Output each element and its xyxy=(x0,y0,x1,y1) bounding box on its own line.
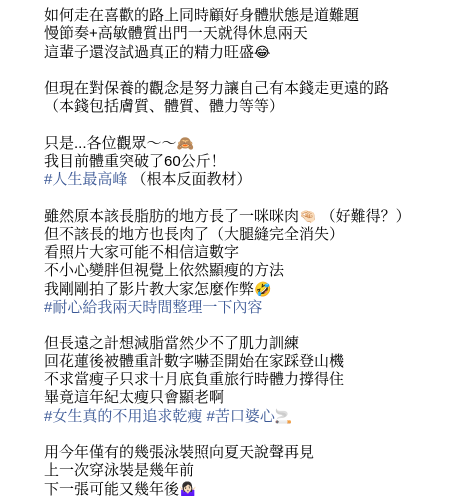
post-line: 上一次穿泳裝是幾年前 xyxy=(44,462,445,480)
post-line: 下一張可能又幾年後🤷🏻‍♀️ xyxy=(44,480,445,496)
post-line: 這輩子還沒試過真正的精力旺盛😂 xyxy=(44,43,445,62)
post-paragraph: 如何走在喜歡的路上同時顧好身體狀態是道難題慢節奏+高敏體質出門一天就得休息兩天這… xyxy=(44,7,445,62)
see-no-evil-monkey-emoji: 🙈 xyxy=(177,135,194,151)
post-line: 不小心變胖但視覺上依然顯瘦的方法 xyxy=(44,262,445,280)
text-segment: （根本反面教材） xyxy=(127,171,251,188)
text-segment: 上一次穿泳裝是幾年前 xyxy=(44,462,194,479)
hashtag-link[interactable]: #苦口婆心 xyxy=(207,408,275,425)
post-line: 雖然原本該長脂肪的地方長了一咪咪肉🤏🏻 （好難得？） xyxy=(44,207,445,226)
post-paragraph: 但長遠之計想減脂當然少不了肌力訓練回花蓮後被體重計數字嚇歪開始在家踩登山機不求當… xyxy=(44,335,445,426)
text-segment: 不小心變胖但視覺上依然顯瘦的方法 xyxy=(44,262,284,279)
text-segment: 我目前體重突破了60公斤！ xyxy=(44,153,226,170)
post-line: 不求當瘦子只求十月底負重旅行時體力撐得住 xyxy=(44,371,445,389)
text-segment: 但長遠之計想減脂當然少不了肌力訓練 xyxy=(44,335,299,352)
post-line: 如何走在喜歡的路上同時顧好身體狀態是道難題 xyxy=(44,7,445,25)
post-line: 但現在對保養的觀念是努力讓自己有本錢走更遠的路 xyxy=(44,80,445,98)
woman-shrugging-emoji: 🤷🏻‍♀️ xyxy=(179,481,196,496)
post-text: 如何走在喜歡的路上同時顧好身體狀態是道難題慢節奏+高敏體質出門一天就得休息兩天這… xyxy=(0,0,453,496)
hashtag-link[interactable]: #人生最高峰 xyxy=(44,171,127,188)
text-segment: 不求當瘦子只求十月底負重旅行時體力撐得住 xyxy=(44,371,344,388)
text-segment: 看照片大家可能不相信這數字 xyxy=(44,244,239,261)
post-line: 回花蓮後被體重計數字嚇歪開始在家踩登山機 xyxy=(44,353,445,371)
post: 如何走在喜歡的路上同時顧好身體狀態是道難題慢節奏+高敏體質出門一天就得休息兩天這… xyxy=(0,0,453,496)
pinching-hand-emoji: 🤏🏻 xyxy=(299,208,316,224)
hashtag-link[interactable]: #耐心給我兩天時間整理一下內容 xyxy=(44,299,262,316)
text-segment: 下一張可能又幾年後 xyxy=(44,481,179,496)
post-line: 但長遠之計想減脂當然少不了肌力訓練 xyxy=(44,335,445,353)
text-segment: 畢竟這年紀太瘦只會顯老啊 xyxy=(44,389,224,406)
post-line: #人生最高峰 （根本反面教材） xyxy=(44,171,445,189)
text-segment: 我剛剛拍了影片教大家怎麼作弊 xyxy=(44,281,254,298)
rolling-on-the-floor-laughing-emoji: 🤣 xyxy=(254,281,271,297)
post-line: 我剛剛拍了影片教大家怎麼作弊🤣 xyxy=(44,280,445,299)
text-segment: 雖然原本該長脂肪的地方長了一咪咪肉 xyxy=(44,208,299,225)
text-segment: （好難得？） xyxy=(316,208,410,225)
face-with-tears-of-joy-emoji: 😂 xyxy=(254,44,270,60)
post-line: 用今年僅有的幾張泳裝照向夏天說聲再見 xyxy=(44,444,445,462)
post-line: 畢竟這年紀太瘦只會顯老啊 xyxy=(44,389,445,407)
cigarette-emoji: 🚬 xyxy=(275,408,292,424)
post-line: 慢節奏+高敏體質出門一天就得休息兩天 xyxy=(44,25,445,43)
post-paragraph: 用今年僅有的幾張泳裝照向夏天說聲再見上一次穿泳裝是幾年前下一張可能又幾年後🤷🏻‍… xyxy=(44,444,445,496)
post-line: 我目前體重突破了60公斤！ xyxy=(44,153,445,171)
text-segment: 慢節奏+高敏體質出門一天就得休息兩天 xyxy=(44,25,308,42)
text-segment: （本錢包括膚質、體質、體力等等） xyxy=(44,98,284,115)
post-line: 只是...各位觀眾～～🙈 xyxy=(44,134,445,153)
hashtag-link[interactable]: #女生真的不用追求乾瘦 xyxy=(44,408,202,425)
post-line: （本錢包括膚質、體質、體力等等） xyxy=(44,98,445,116)
post-paragraph: 雖然原本該長脂肪的地方長了一咪咪肉🤏🏻 （好難得？）但不該長的地方也長肉了（大腿… xyxy=(44,207,445,317)
text-segment: 用今年僅有的幾張泳裝照向夏天說聲再見 xyxy=(44,444,314,461)
post-line: #女生真的不用追求乾瘦 #苦口婆心🚬 xyxy=(44,407,445,426)
text-segment: 但現在對保養的觀念是努力讓自己有本錢走更遠的路 xyxy=(44,80,389,97)
post-line: 看照片大家可能不相信這數字 xyxy=(44,244,445,262)
text-segment: 如何走在喜歡的路上同時顧好身體狀態是道難題 xyxy=(44,7,359,24)
post-line: #耐心給我兩天時間整理一下內容 xyxy=(44,299,445,317)
text-segment: 只是...各位觀眾～～ xyxy=(44,135,177,152)
text-segment: 回花蓮後被體重計數字嚇歪開始在家踩登山機 xyxy=(44,353,344,370)
post-paragraph: 但現在對保養的觀念是努力讓自己有本錢走更遠的路（本錢包括膚質、體質、體力等等） xyxy=(44,80,445,116)
post-line: 但不該長的地方也長肉了（大腿縫完全消失） xyxy=(44,226,445,244)
post-paragraph: 只是...各位觀眾～～🙈我目前體重突破了60公斤！#人生最高峰 （根本反面教材） xyxy=(44,134,445,189)
text-segment: 這輩子還沒試過真正的精力旺盛 xyxy=(44,44,254,61)
text-segment: 但不該長的地方也長肉了（大腿縫完全消失） xyxy=(44,226,344,243)
